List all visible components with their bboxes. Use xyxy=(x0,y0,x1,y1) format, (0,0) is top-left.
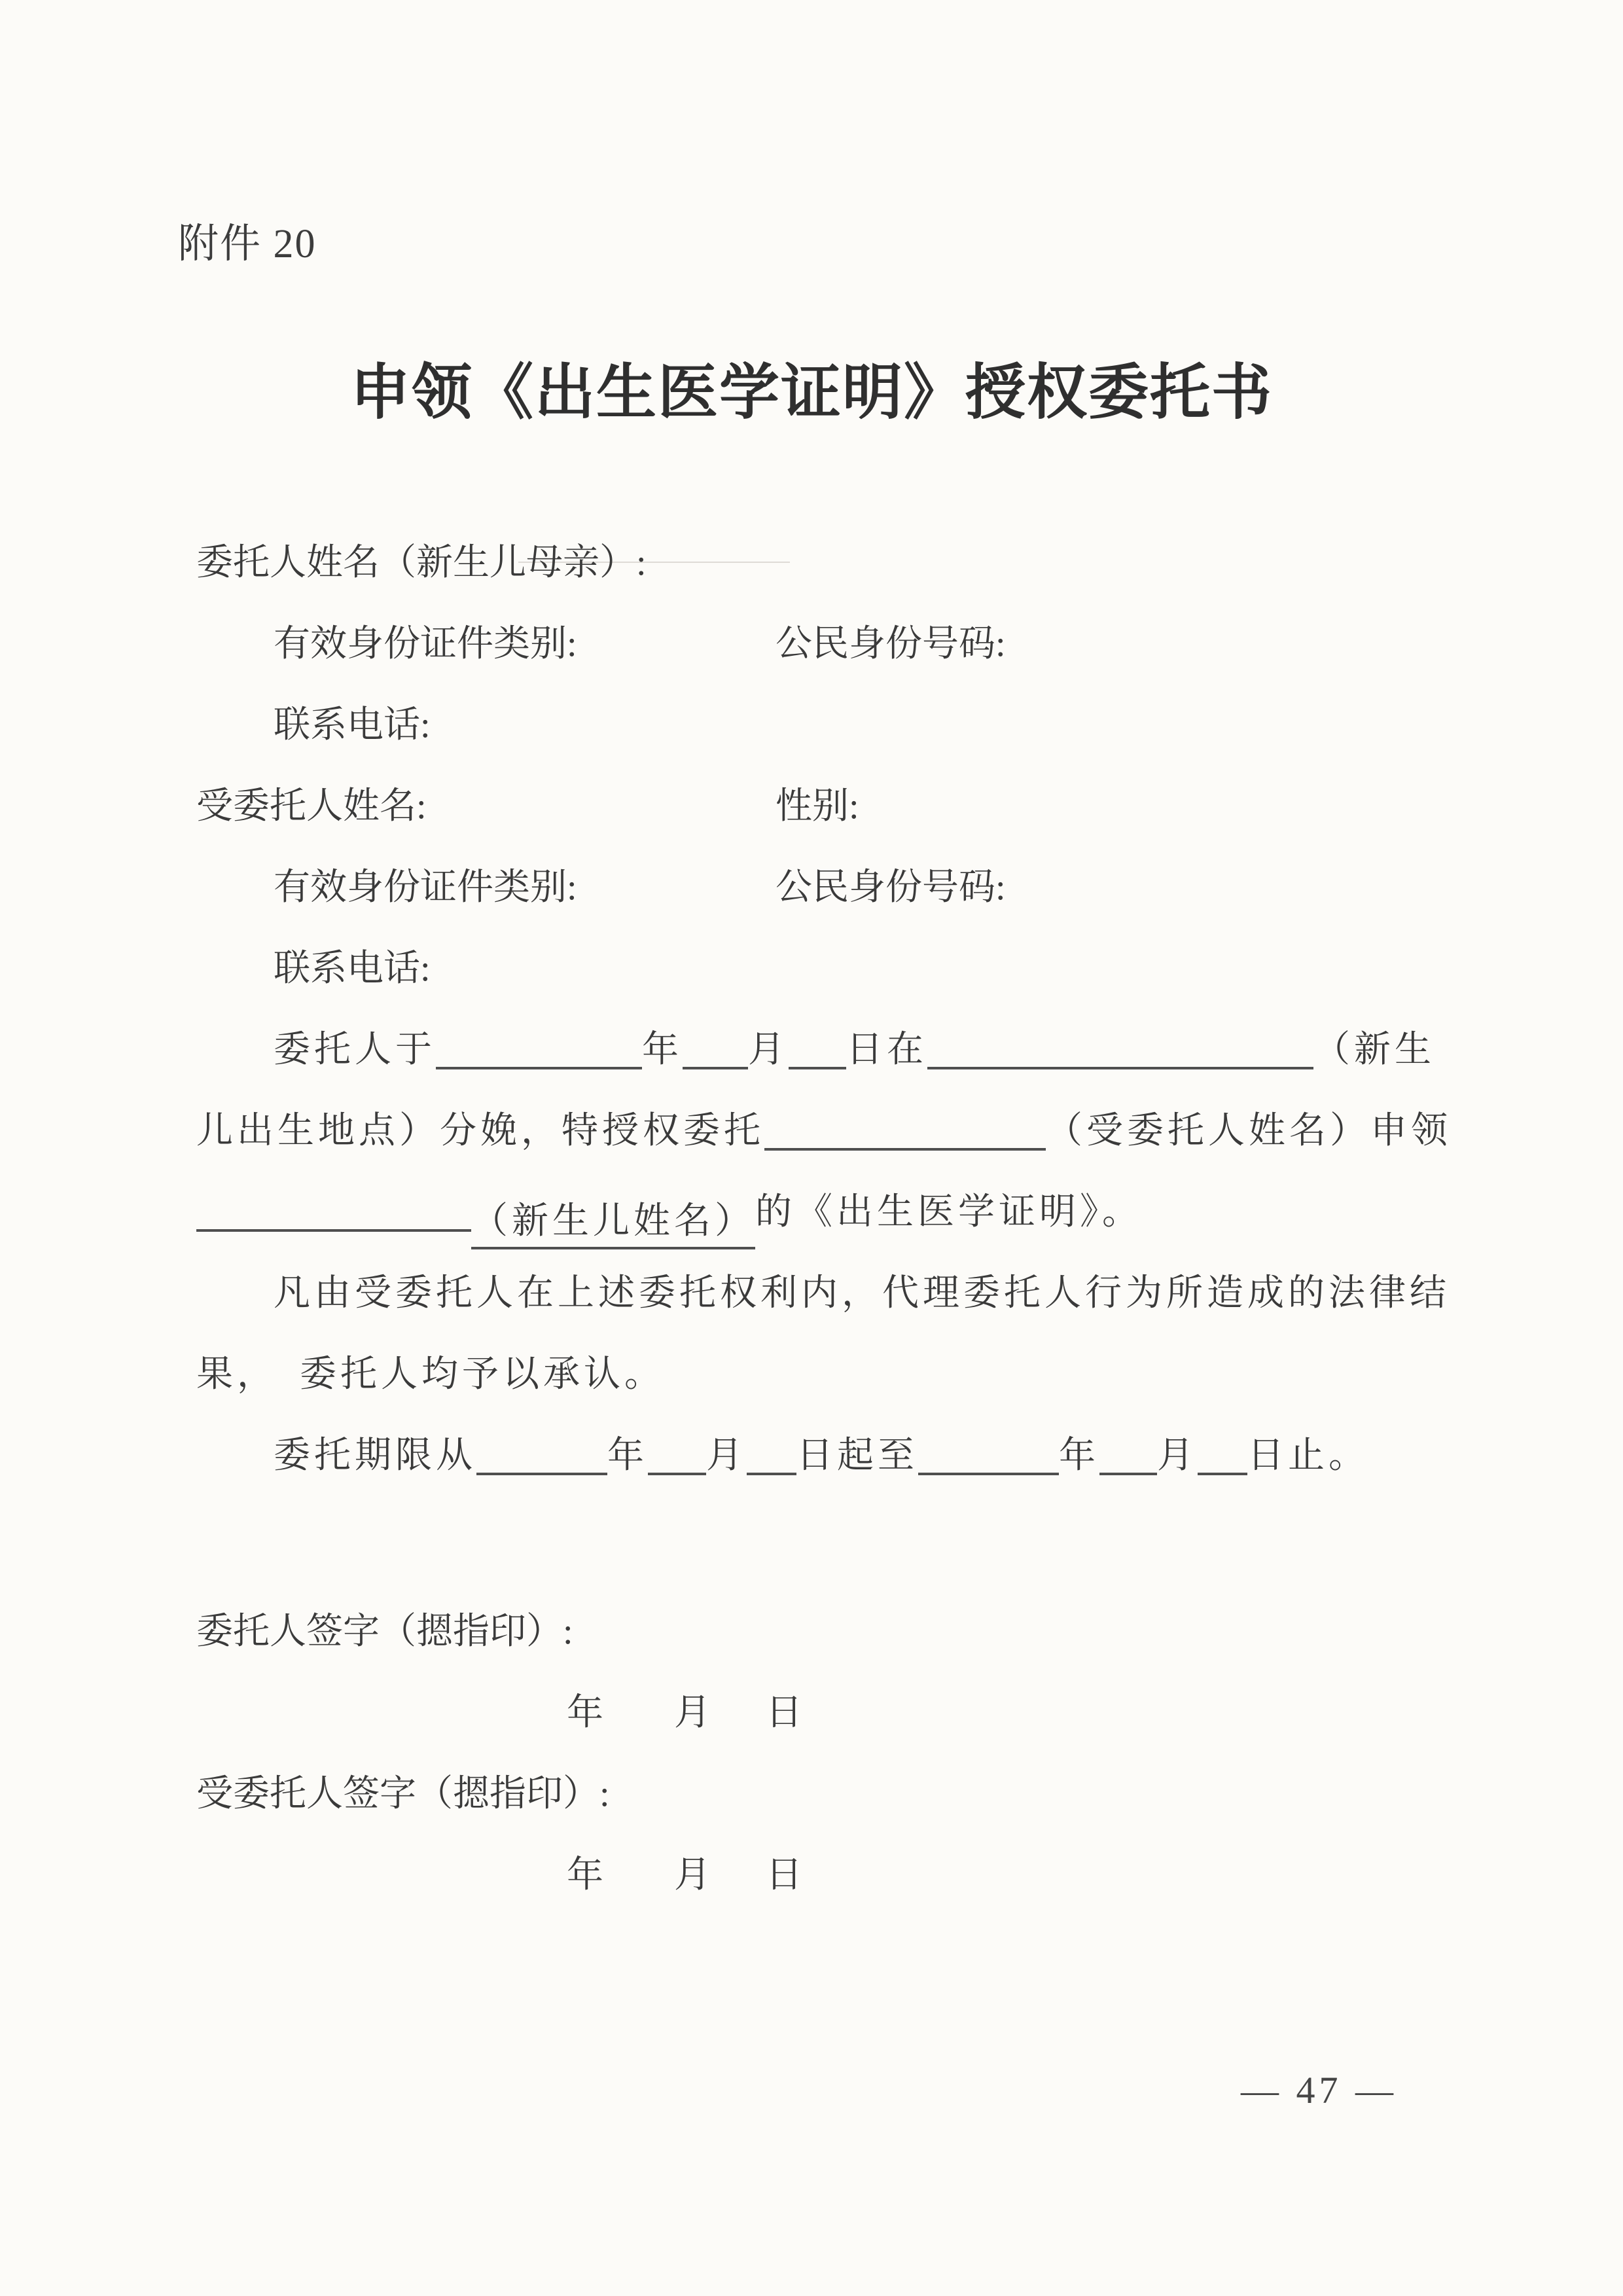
delegation-line-1: 委托人于年月日在（新生 xyxy=(196,1009,1453,1090)
blank-period-end-month xyxy=(1099,1466,1157,1475)
agent-phone-label: 联系电话: xyxy=(274,948,431,989)
blank-birth-month xyxy=(683,1060,748,1069)
statement-line-2: 果， 委托人均予以承认。 xyxy=(196,1334,1453,1415)
principal-signature-label: 委托人签字（摁指印）: xyxy=(196,1611,573,1652)
blank-agent-name xyxy=(764,1141,1046,1151)
date-year-label: 年 xyxy=(567,1855,603,1895)
section-gap xyxy=(196,1496,1453,1591)
delegation-month-label: 月 xyxy=(748,1030,789,1070)
blank-period-start-day xyxy=(747,1466,796,1475)
blank-birth-day xyxy=(789,1060,846,1069)
row-agent-name: 受委托人姓名:性别: xyxy=(196,766,1453,847)
delegation-text: 委托人于 xyxy=(274,1030,436,1070)
principal-signature-date-row: 年月日 xyxy=(196,1672,1453,1753)
document-page: 附件 20 申领《出生医学证明》授权委托书 委托人姓名（新生儿母亲）: 有效身份… xyxy=(0,0,1623,2296)
row-agent-id: 有效身份证件类别:公民身份号码: xyxy=(196,847,1453,928)
principal-signature-row: 委托人签字（摁指印）: xyxy=(196,1591,1453,1672)
agent-citizen-id-label: 公民身份号码: xyxy=(776,867,1006,908)
date-day-label: 日 xyxy=(766,1693,802,1733)
delegation-place-text: 儿出生地点）分娩，特授权委托 xyxy=(196,1111,764,1151)
form-body: 委托人姓名（新生儿母亲）: 有效身份证件类别:公民身份号码: 联系电话: 受委托… xyxy=(196,522,1453,1916)
row-principal-name: 委托人姓名（新生儿母亲）: xyxy=(196,522,1453,603)
agent-signature-row: 受委托人签字（摁指印）: xyxy=(196,1753,1453,1835)
period-line: 委托期限从年月日起至年月日止。 xyxy=(196,1415,1453,1496)
agent-id-type-label: 有效身份证件类别: xyxy=(274,847,776,928)
blank-birth-year xyxy=(436,1060,642,1069)
agent-gender-label: 性别: xyxy=(776,786,859,827)
agent-signature-label: 受委托人签字（摁指印）: xyxy=(196,1774,610,1814)
agent-signature-date-row: 年月日 xyxy=(196,1835,1453,1916)
principal-citizen-id-label: 公民身份号码: xyxy=(776,624,1006,664)
document-title: 申领《出生医学证明》授权委托书 xyxy=(0,359,1623,428)
delegation-line-3: （新生儿姓名）的《出生医学证明》。 xyxy=(196,1172,1453,1253)
delegation-agent-note: （受委托人姓名）申领 xyxy=(1046,1111,1452,1151)
blank-birth-place xyxy=(927,1060,1313,1069)
date-day-label: 日 xyxy=(766,1855,802,1895)
row-agent-phone: 联系电话: xyxy=(196,928,1453,1009)
blank-period-end-day xyxy=(1198,1466,1247,1475)
row-principal-phone: 联系电话: xyxy=(196,685,1453,766)
statement-text-2: 果， 委托人均予以承认。 xyxy=(196,1354,665,1395)
principal-id-type-label: 有效身份证件类别: xyxy=(274,603,776,685)
delegation-line-2: 儿出生地点）分娩，特授权委托（受委托人姓名）申领 xyxy=(196,1090,1453,1172)
attachment-label: 附件 20 xyxy=(178,220,317,268)
period-end-label: 日止。 xyxy=(1247,1435,1369,1476)
period-to-label: 日起至 xyxy=(796,1435,918,1476)
agent-name-label: 受委托人姓名: xyxy=(196,766,776,847)
statement-text-1: 凡由受委托人在上述委托权利内，代理委托人行为所造成的法律结 xyxy=(274,1273,1450,1314)
period-month-2: 月 xyxy=(1157,1435,1198,1476)
row-principal-id: 有效身份证件类别:公民身份号码: xyxy=(196,603,1453,685)
page-number: — 47 — xyxy=(1241,2068,1397,2112)
date-month-label: 月 xyxy=(674,1855,711,1895)
period-year-2: 年 xyxy=(1059,1435,1099,1476)
period-year-1: 年 xyxy=(607,1435,648,1476)
delegation-newborn-prefix: （新生 xyxy=(1313,1030,1435,1070)
blank-period-end-year xyxy=(918,1466,1059,1475)
newborn-name-note: （新生儿姓名） xyxy=(471,1196,755,1249)
blank-period-start-year xyxy=(476,1466,607,1475)
date-year-label: 年 xyxy=(567,1693,603,1733)
blank-period-start-month xyxy=(648,1466,706,1475)
delegation-at-label: 日在 xyxy=(846,1030,927,1070)
period-from-label: 委托期限从 xyxy=(274,1435,476,1476)
blank-newborn-name xyxy=(196,1223,471,1232)
delegation-certificate-text: 的《出生医学证明》。 xyxy=(755,1192,1143,1232)
principal-name-label: 委托人姓名（新生儿母亲）: xyxy=(196,543,647,583)
statement-line-1: 凡由受委托人在上述委托权利内，代理委托人行为所造成的法律结 xyxy=(196,1253,1453,1334)
period-month-1: 月 xyxy=(706,1435,747,1476)
delegation-year-label: 年 xyxy=(642,1030,683,1070)
date-month-label: 月 xyxy=(674,1693,711,1733)
principal-phone-label: 联系电话: xyxy=(274,705,431,745)
